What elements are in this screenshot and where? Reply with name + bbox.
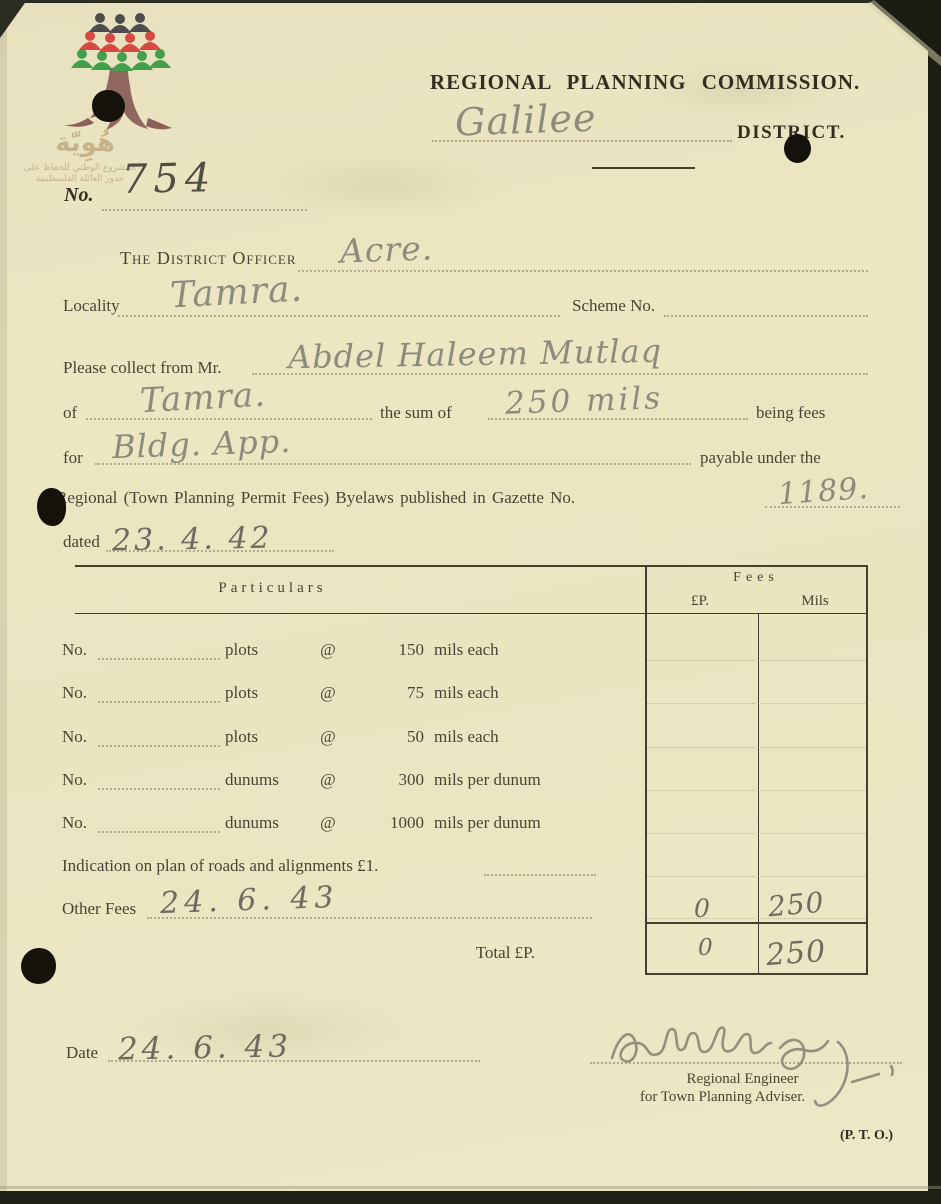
- signature-line: [590, 1062, 902, 1064]
- bottom-edge-highlight: [0, 1186, 941, 1189]
- scan-corner-artifacts: [0, 0, 941, 80]
- hole-punch: [21, 948, 56, 984]
- hole-punch: [37, 488, 66, 526]
- signer-title-2: for Town Planning Adviser.: [600, 1089, 845, 1106]
- scan-edge-bottom: [0, 1191, 941, 1204]
- signer-title-1: Regional Engineer: [620, 1071, 865, 1088]
- signature-scrawl: [0, 0, 941, 1204]
- hole-punch: [92, 90, 125, 122]
- scanned-form-page: هُوِيّة المشروع الوطني للحفاظ على جذور ا…: [0, 0, 941, 1204]
- pto-note: (P. T. O.): [840, 1128, 893, 1144]
- scan-edge-left-shade: [0, 0, 7, 1204]
- scan-edge-right: [928, 0, 941, 1204]
- hole-punch: [784, 134, 811, 163]
